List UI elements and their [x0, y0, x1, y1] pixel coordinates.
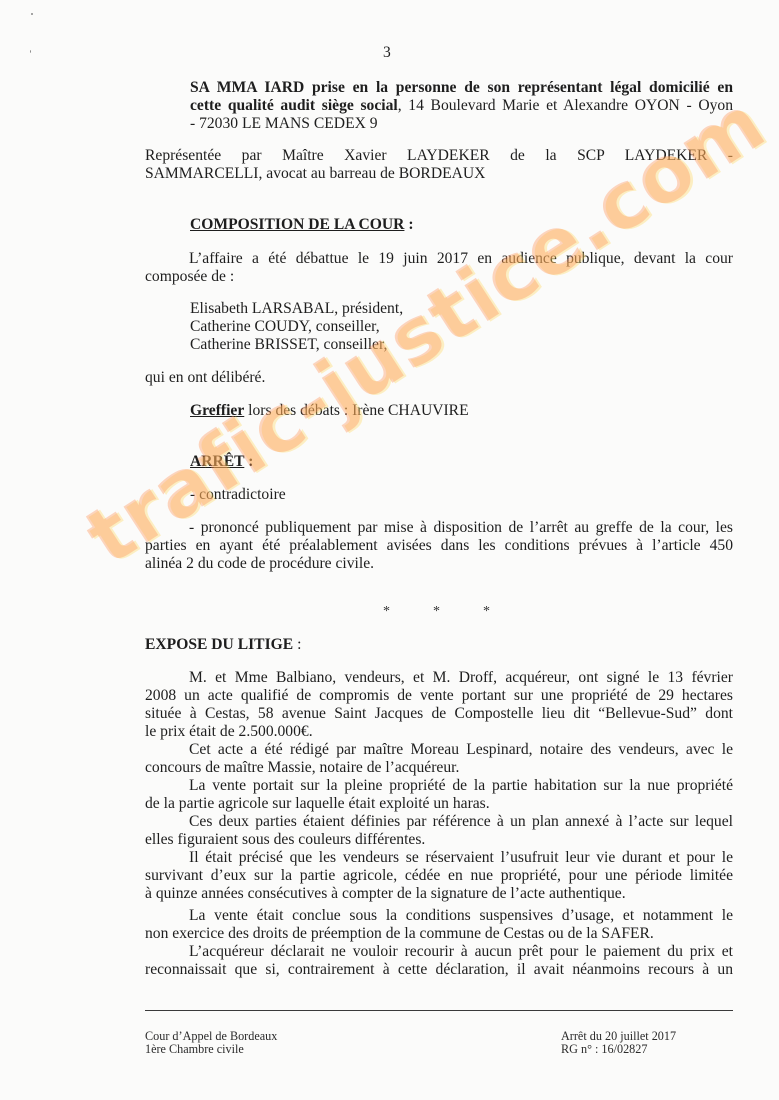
expose-line: L’acquéreur déclarait ne vouloir recouri…: [145, 943, 733, 961]
expose-line: de la partie agricole sur laquelle était…: [145, 795, 733, 813]
expose-body-2: La vente était conclue sous la condition…: [145, 907, 733, 979]
document-page: 3 SA MMA IARD prise en la personne de so…: [0, 0, 779, 1100]
party-quality: cette qualité audit siège social: [190, 97, 398, 114]
expose-heading: EXPOSE DU LITIGE :: [145, 636, 301, 654]
scan-speck: [31, 13, 33, 15]
expose-line: concours de maître Massie, notaire de l’…: [145, 759, 733, 777]
expose-line: le prix était de 2.500.000€.: [145, 723, 733, 741]
party-city: - 72030 LE MANS CEDEX 9: [190, 115, 378, 132]
expose-body: M. et Mme Balbiano, vendeurs, et M. Drof…: [145, 669, 733, 903]
composition-intro: L’affaire a été débattue le 19 juin 2017…: [145, 250, 733, 286]
composition-heading: COMPOSITION DE LA COUR :: [190, 216, 414, 234]
expose-line: 2008 un acte qualifié de compromis de ve…: [145, 687, 733, 705]
party-address: , 14 Boulevard Marie et Alexandre OYON -…: [398, 97, 733, 114]
expose-line: Cet acte a été rédigé par maître Moreau …: [145, 741, 733, 759]
expose-line: située à Cestas, 58 avenue Saint Jacques…: [145, 705, 733, 723]
expose-line: La vente portait sur la pleine propriété…: [145, 777, 733, 795]
arret-item: - contradictoire: [190, 486, 286, 504]
court-member: Elisabeth LARSABAL, président,: [190, 300, 403, 318]
expose-line: reconnaissait que si, contrairement à ce…: [145, 961, 733, 979]
expose-line: non exercice des droits de préemption de…: [145, 925, 733, 943]
court-member: Catherine COUDY, conseiller,: [190, 318, 380, 336]
representation-block: Représentée par Maître Xavier LAYDEKER d…: [145, 147, 733, 183]
scan-speck: [30, 50, 31, 53]
footer-chamber: 1ère Chambre civile: [145, 1043, 244, 1056]
greffier-name: lors des débats : Irène CHAUVIRE: [244, 402, 468, 419]
party-name: SA MMA IARD prise en la personne de son …: [190, 79, 733, 96]
footer-rg-number: RG n° : 16/02827: [561, 1043, 647, 1056]
representation-line: SAMMARCELLI, avocat au barreau de BORDEA…: [145, 165, 485, 182]
expose-line: à quinze années consécutives à compter d…: [145, 885, 733, 903]
party-block: SA MMA IARD prise en la personne de son …: [190, 79, 733, 133]
greffier-line: Greffier lors des débats : Irène CHAUVIR…: [190, 402, 469, 420]
expose-line: Ces deux parties étaient définies par ré…: [145, 813, 733, 831]
greffier-label: Greffier: [190, 402, 244, 419]
section-separator: ***: [383, 604, 533, 620]
page-number: 3: [383, 44, 391, 62]
court-member: Catherine BRISSET, conseiller,: [190, 336, 387, 354]
expose-line: M. et Mme Balbiano, vendeurs, et M. Drof…: [145, 669, 733, 687]
deliberation-text: qui en ont délibéré.: [145, 369, 265, 387]
arret-item-block: - prononcé publiquement par mise à dispo…: [145, 519, 733, 573]
expose-line: survivant d’eux sur la partie agricole, …: [145, 867, 733, 885]
expose-line: Il était précisé que les vendeurs se rés…: [145, 849, 733, 867]
expose-line: La vente était conclue sous la condition…: [145, 907, 733, 925]
representation-line: Représentée par Maître Xavier LAYDEKER d…: [145, 147, 733, 164]
expose-line: elles figuraient sous des couleurs diffé…: [145, 831, 733, 849]
arret-heading: ARRÊT :: [190, 453, 253, 471]
footer-divider: [145, 1010, 733, 1011]
